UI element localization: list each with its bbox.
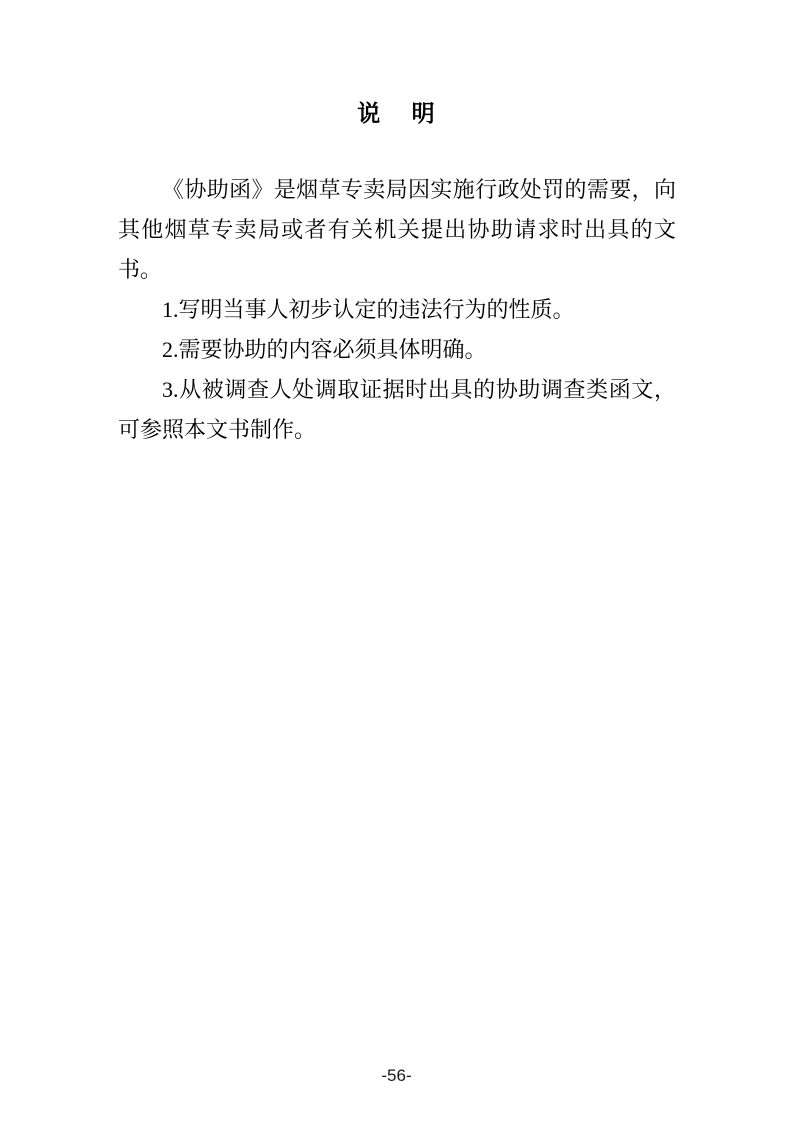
page-number: -56- — [0, 1066, 793, 1086]
paragraph-item-3: 3.从被调查人处调取证据时出具的协助调查类函文，可参照本文书制作。 — [118, 370, 676, 450]
paragraph-intro: 《协助函》是烟草专卖局因实施行政处罚的需要，向其他烟草专卖局或者有关机关提出协助… — [118, 170, 676, 290]
paragraph-item-2: 2.需要协助的内容必须具体明确。 — [118, 330, 676, 370]
paragraph-item-1: 1.写明当事人初步认定的违法行为的性质。 — [118, 290, 676, 330]
document-body: 《协助函》是烟草专卖局因实施行政处罚的需要，向其他烟草专卖局或者有关机关提出协助… — [118, 170, 676, 450]
document-page: 说 明 《协助函》是烟草专卖局因实施行政处罚的需要，向其他烟草专卖局或者有关机关… — [0, 0, 793, 1122]
page-title: 说 明 — [0, 96, 793, 130]
